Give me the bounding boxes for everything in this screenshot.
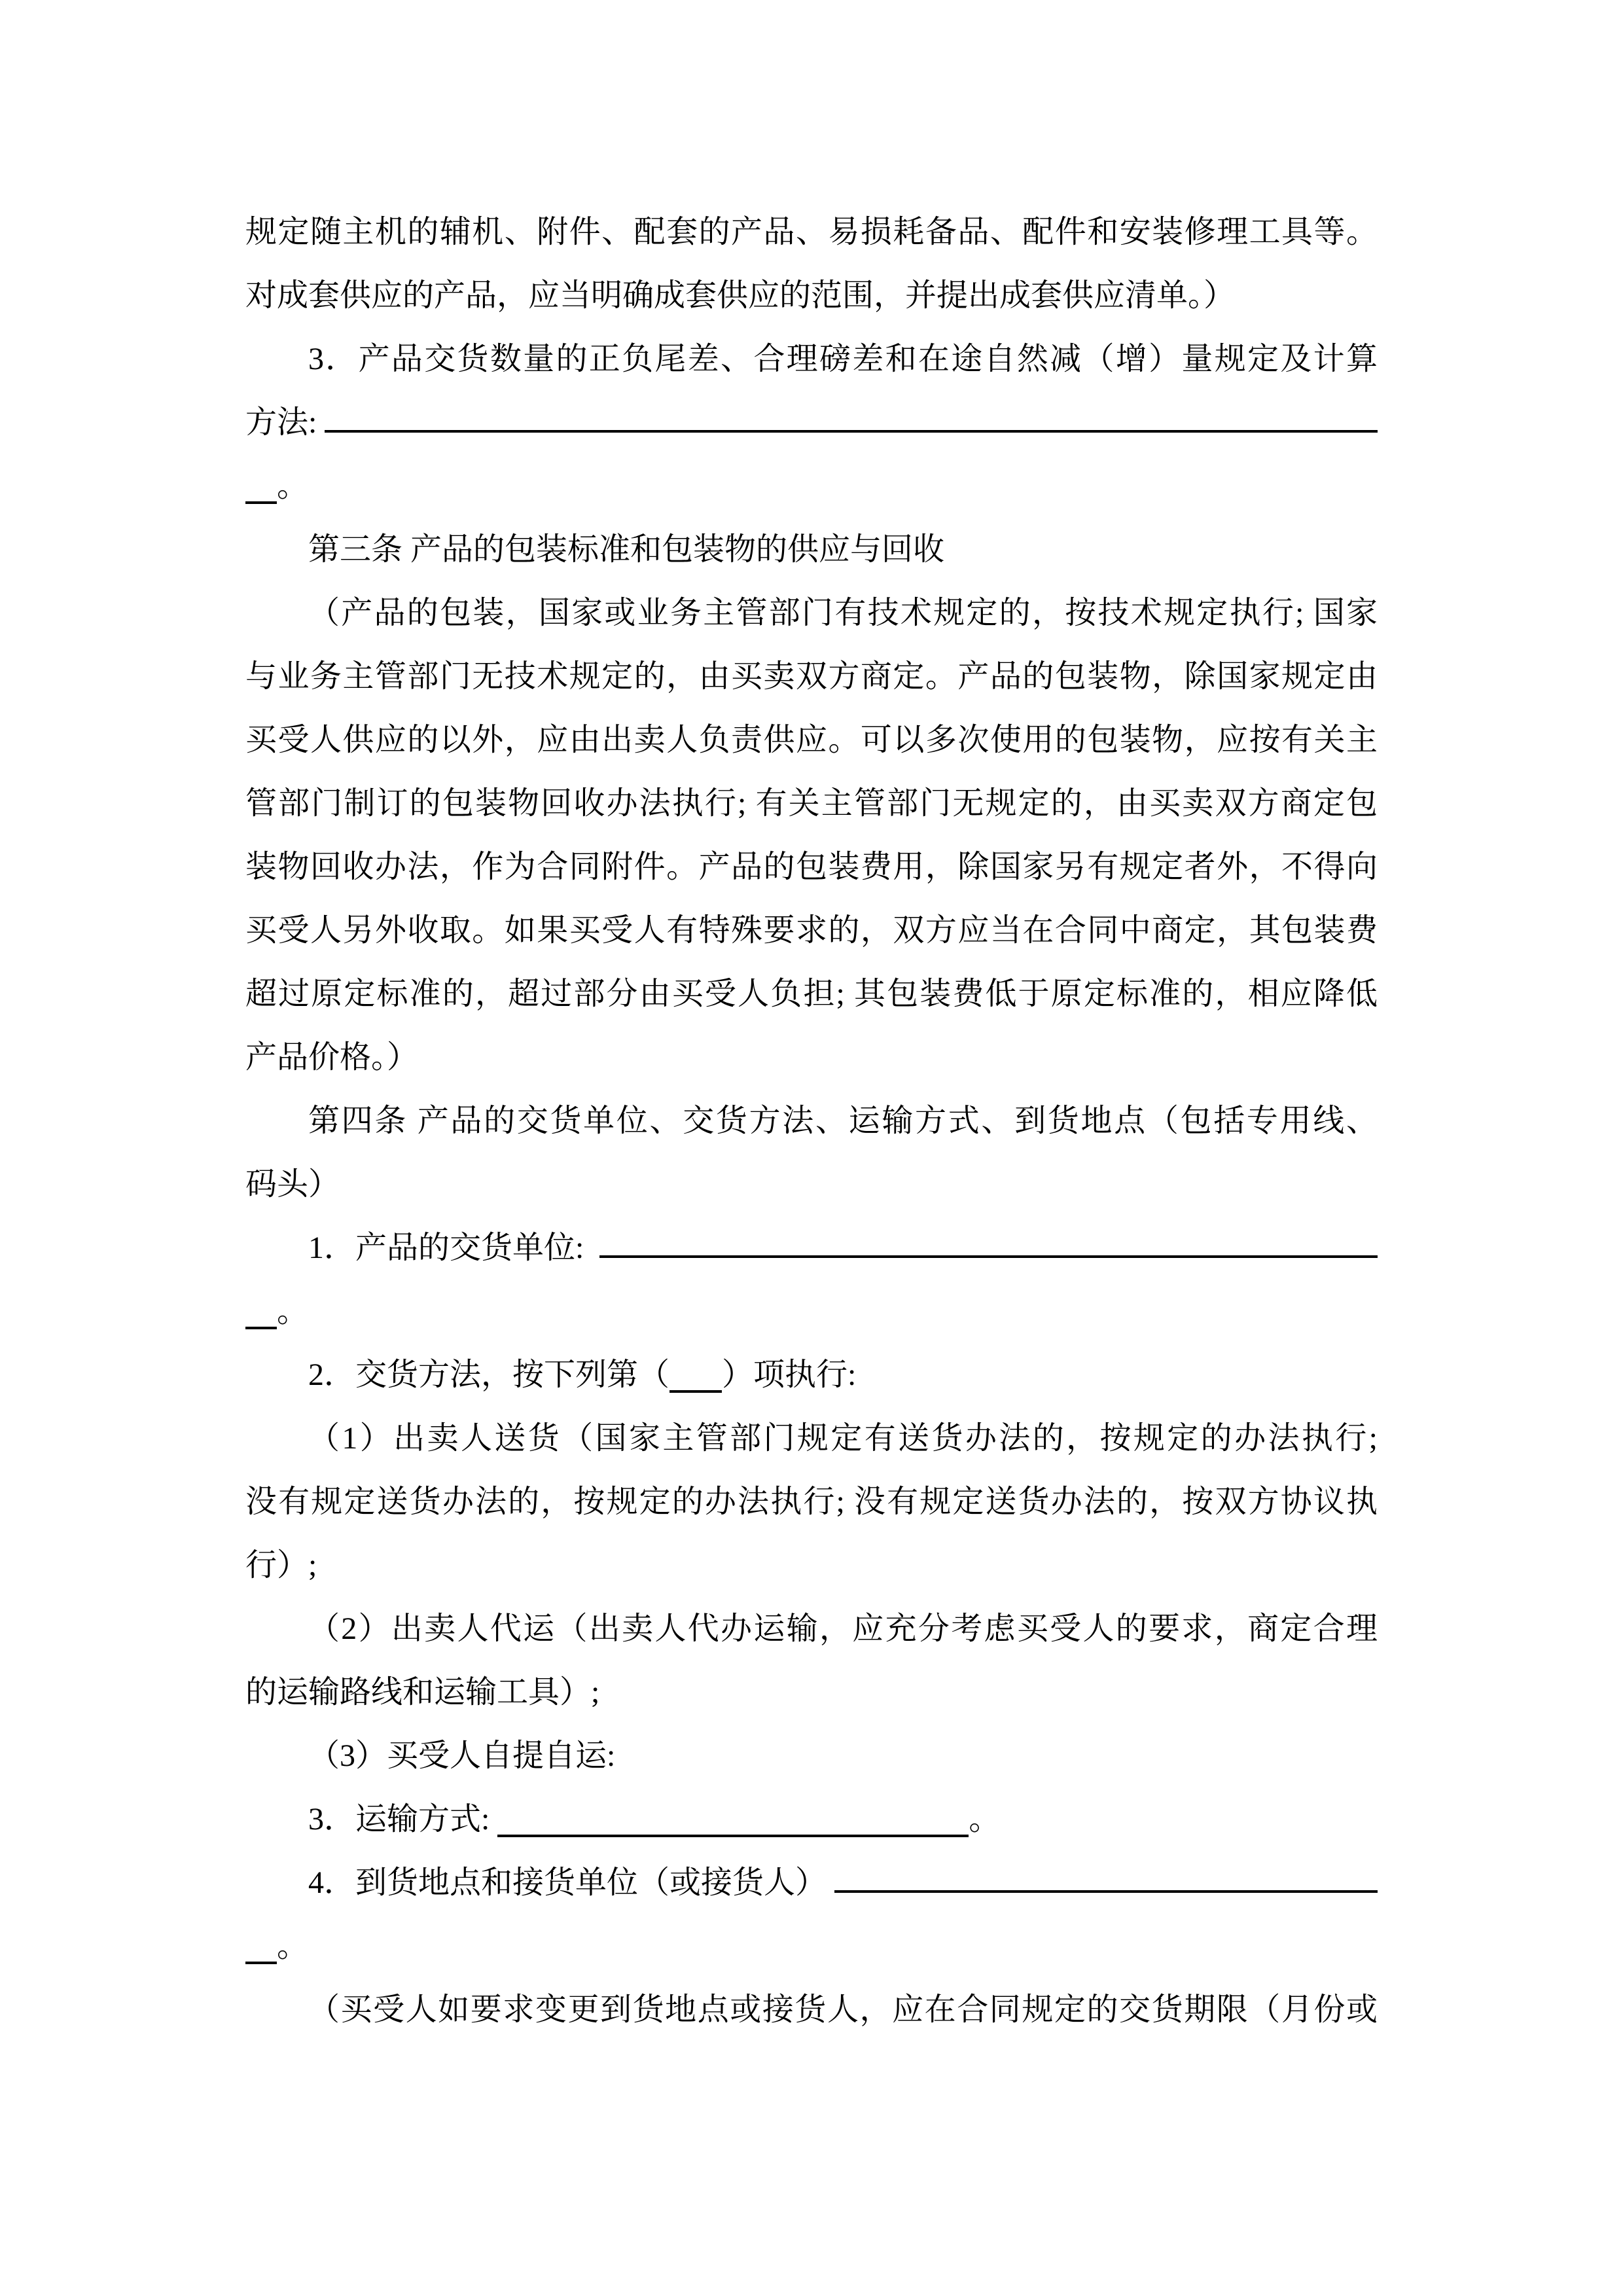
blank-transport-mode[interactable]: [497, 1835, 969, 1837]
blank-delivery-unit[interactable]: [599, 1255, 1378, 1258]
doc-line-packing-6: 买受人另外收取。如果买受人有特殊要求的，双方应当在合同中商定，其包装费: [245, 899, 1378, 962]
heading-text: 码头）: [245, 1167, 340, 1202]
line-text: 对成套供应的产品，应当明确成套供应的范围，并提出成套供应清单。）: [245, 278, 1235, 313]
line-text: 。: [277, 1294, 308, 1329]
doc-line-packing-2: 与业务主管部门无技术规定的，由买卖双方商定。产品的包装物，除国家规定由: [245, 645, 1378, 708]
contract-body: 规定随主机的辅机、附件、配套的产品、易损耗备品、配件和安装修理工具等。 对成套供…: [245, 200, 1378, 2041]
doc-line-item3-quantity: 3．产品交货数量的正负尾差、合理磅差和在途自然减（增）量规定及计算: [245, 327, 1378, 391]
clause-4-heading-continuation: 码头）: [245, 1153, 1378, 1216]
line-text: ）项执行:: [722, 1357, 856, 1392]
doc-line-change-arrival: （买受人如要求变更到货地点或接货人，应在合同规定的交货期限（月份或: [245, 1978, 1378, 2041]
doc-line-delivery-unit: 1．产品的交货单位:: [245, 1216, 1378, 1280]
doc-line-method-blank: 方法:: [245, 391, 1378, 454]
line-text: 规定随主机的辅机、附件、配套的产品、易损耗备品、配件和安装修理工具等。: [245, 215, 1378, 249]
line-text: （产品的包装，国家或业务主管部门有技术规定的，按技术规定执行; 国家: [308, 596, 1378, 630]
doc-line-accessories: 规定随主机的辅机、附件、配套的产品、易损耗备品、配件和安装修理工具等。: [245, 200, 1378, 264]
doc-line-packing-5: 装物回收办法，作为合同附件。产品的包装费用，除国家另有规定者外，不得向: [245, 835, 1378, 899]
line-text: （2）出卖人代运（出卖人代办运输，应充分考虑买受人的要求，商定合理: [308, 1611, 1378, 1646]
line-text: 产品价格。）: [245, 1040, 418, 1075]
heading-text: 第三条 产品的包装标准和包装物的供应与回收: [308, 532, 944, 567]
line-text: 超过原定标准的，超过部分由买受人负担; 其包装费低于原定标准的，相应降低: [245, 977, 1378, 1011]
doc-line-packing-7: 超过原定标准的，超过部分由买受人负担; 其包装费低于原定标准的，相应降低: [245, 962, 1378, 1026]
line-text: 方法:: [245, 391, 317, 454]
line-text: （1）出卖人送货（国家主管部门规定有送货办法的，按规定的办法执行;: [308, 1421, 1378, 1456]
doc-line-packing-8: 产品价格。）: [245, 1026, 1378, 1089]
line-text: 的运输路线和运输工具）;: [245, 1675, 599, 1710]
line-text: 与业务主管部门无技术规定的，由买卖双方商定。产品的包装物，除国家规定由: [245, 659, 1378, 694]
doc-line-delivery-method: 2．交货方法，按下列第（）项执行:: [245, 1343, 1378, 1407]
doc-line-packing-3: 买受人供应的以外，应由出卖人负责供应。可以多次使用的包装物，应按有关主: [245, 708, 1378, 772]
doc-line-blank-continuation-2: 。: [245, 1280, 1378, 1343]
heading-text: 第四条 产品的交货单位、交货方法、运输方式、到货地点（包括专用线、: [308, 1103, 1378, 1138]
blank-calculation-method[interactable]: [325, 430, 1378, 433]
doc-line-option-1c: 行）;: [245, 1534, 1378, 1597]
doc-line-option-2b: 的运输路线和运输工具）;: [245, 1660, 1378, 1724]
line-text: 3．产品交货数量的正负尾差、合理磅差和在途自然减（增）量规定及计算: [308, 342, 1378, 376]
line-text: 买受人另外收取。如果买受人有特殊要求的，双方应当在合同中商定，其包装费: [245, 913, 1378, 948]
line-text: 没有规定送货办法的，按规定的办法执行; 没有规定送货办法的，按双方协议执: [245, 1484, 1378, 1519]
doc-line-blank-continuation-1: 。: [245, 454, 1378, 518]
line-text: 。: [277, 1929, 308, 1964]
line-text: 1．产品的交货单位:: [308, 1216, 592, 1280]
line-text: 。: [969, 1802, 1000, 1837]
clause-3-heading: 第三条 产品的包装标准和包装物的供应与回收: [245, 518, 1378, 581]
line-text: 买受人供应的以外，应由出卖人负责供应。可以多次使用的包装物，应按有关主: [245, 723, 1378, 757]
blank-continuation-underline[interactable]: [245, 1962, 277, 1964]
line-text: 装物回收办法，作为合同附件。产品的包装费用，除国家另有规定者外，不得向: [245, 850, 1378, 884]
doc-line-transport-mode: 3．运输方式: 。: [245, 1787, 1378, 1851]
line-text: 。: [277, 469, 308, 503]
doc-line-blank-continuation-3: 。: [245, 1914, 1378, 1978]
doc-line-option-3: （3）买受人自提自运:: [245, 1724, 1378, 1787]
doc-line-option-1a: （1）出卖人送货（国家主管部门规定有送货办法的，按规定的办法执行;: [245, 1407, 1378, 1470]
doc-line-complete-sets: 对成套供应的产品，应当明确成套供应的范围，并提出成套供应清单。）: [245, 264, 1378, 327]
doc-line-option-2a: （2）出卖人代运（出卖人代办运输，应充分考虑买受人的要求，商定合理: [245, 1597, 1378, 1660]
blank-continuation-underline[interactable]: [245, 1327, 277, 1329]
blank-continuation-underline[interactable]: [245, 501, 277, 504]
line-text: 4．到货地点和接货单位（或接货人）: [308, 1851, 827, 1914]
line-text: （买受人如要求变更到货地点或接货人，应在合同规定的交货期限（月份或: [308, 1992, 1378, 2027]
line-text: 行）;: [245, 1548, 317, 1583]
line-text: 2．交货方法，按下列第（: [308, 1357, 669, 1392]
doc-line-option-1b: 没有规定送货办法的，按规定的办法执行; 没有规定送货办法的，按双方协议执: [245, 1470, 1378, 1534]
contract-page: 规定随主机的辅机、附件、配套的产品、易损耗备品、配件和安装修理工具等。 对成套供…: [0, 0, 1623, 2296]
blank-delivery-method-option[interactable]: [669, 1390, 722, 1393]
blank-arrival-place[interactable]: [834, 1890, 1378, 1893]
line-text: 3．运输方式:: [308, 1802, 497, 1837]
line-text: 管部门制订的包装物回收办法执行; 有关主管部门无规定的，由买卖双方商定包: [245, 786, 1378, 821]
line-text: （3）买受人自提自运:: [308, 1738, 615, 1773]
doc-line-packing-1: （产品的包装，国家或业务主管部门有技术规定的，按技术规定执行; 国家: [245, 581, 1378, 645]
doc-line-arrival-place: 4．到货地点和接货单位（或接货人）: [245, 1851, 1378, 1914]
clause-4-heading: 第四条 产品的交货单位、交货方法、运输方式、到货地点（包括专用线、: [245, 1089, 1378, 1153]
doc-line-packing-4: 管部门制订的包装物回收办法执行; 有关主管部门无规定的，由买卖双方商定包: [245, 772, 1378, 835]
